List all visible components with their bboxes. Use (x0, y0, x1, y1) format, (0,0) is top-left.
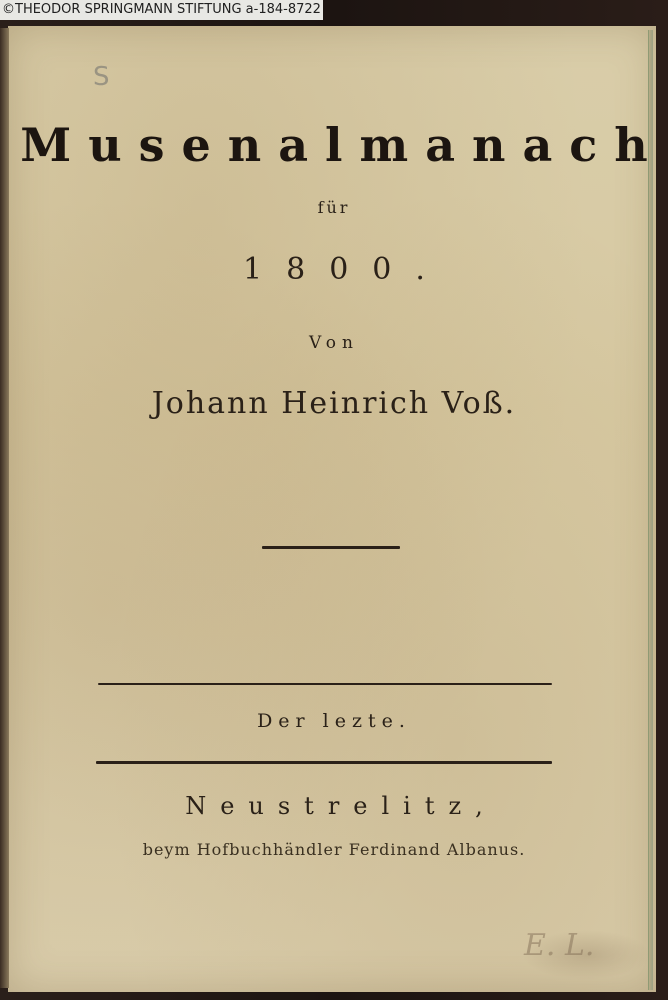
publisher-line: beym Hofbuchhändler Ferdinand Albanus. (0, 840, 668, 859)
book-title: Musenalmanach (0, 118, 668, 172)
divider-top (98, 683, 552, 685)
library-stamp: S (93, 62, 110, 92)
faded-inscription: E. L. (524, 928, 594, 963)
divider-bottom (96, 761, 552, 764)
by-label: Von (0, 333, 668, 353)
publication-year: 1800. (0, 252, 668, 287)
author-name: Johann Heinrich Voß. (0, 386, 668, 421)
copyright-watermark: ©THEODOR SPRINGMANN STIFTUNG a-184-8722 (0, 0, 323, 20)
publication-place: Neustrelitz, (0, 792, 668, 820)
title-preposition: für (0, 198, 668, 217)
edition-note: Der lezte. (0, 710, 668, 732)
ornamental-rule (262, 546, 400, 549)
